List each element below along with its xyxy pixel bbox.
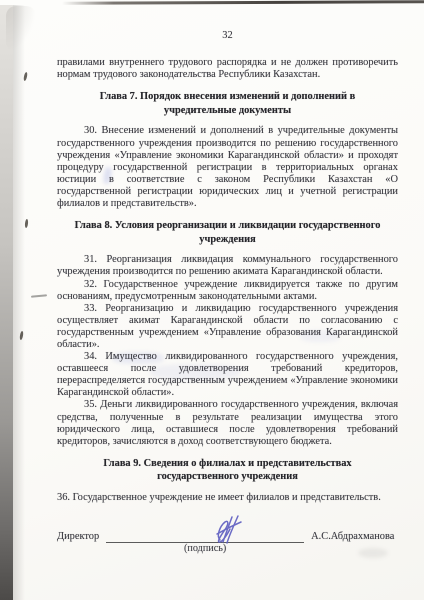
handwritten-signature-icon xyxy=(208,514,254,546)
paper-corner-shadow xyxy=(6,6,36,52)
scanned-document-page: 32 правилами внутреннего трудового распо… xyxy=(0,0,424,600)
paragraph-35: 35. Деньги ликвидированного государствен… xyxy=(57,399,398,447)
signature-block: Директор (подпись) А.С.Абдрахманова xyxy=(57,528,398,543)
paragraph-34: 34. Имущество ликвидированного государст… xyxy=(57,351,398,399)
binder-hole-mark xyxy=(25,219,29,228)
chapter-8-heading: Глава 8. Условия реорганизации и ликвида… xyxy=(72,219,383,246)
paper-left-edge-shadow xyxy=(0,5,13,600)
intro-paragraph: правилами внутреннего трудового распоряд… xyxy=(57,57,398,81)
signatory-name: А.С.Абдрахманова xyxy=(311,531,394,543)
signature-role-label: Директор xyxy=(57,531,99,543)
paragraph-30: 30. Внесение изменений и дополнений в уч… xyxy=(57,125,398,210)
page-number: 32 xyxy=(57,30,398,42)
scan-smudge xyxy=(358,548,388,558)
paragraph-36: 36. Государственное учреждение не имеет … xyxy=(57,492,398,504)
pen-dash-mark xyxy=(31,294,47,297)
chapter-9-heading: Глава 9. Сведения о филиалах и представи… xyxy=(72,457,383,484)
scan-top-edge xyxy=(62,0,424,5)
signature-line: (подпись) xyxy=(106,528,304,543)
signature-caption: (подпись) xyxy=(106,543,304,555)
chapter-7-heading: Глава 7. Порядок внесения изменений и до… xyxy=(72,90,383,117)
paragraph-33: 33. Реорганизацию и ликвидацию государст… xyxy=(57,303,398,351)
page-content: 32 правилами внутреннего трудового распо… xyxy=(57,30,398,543)
paragraph-31: 31. Реорганизация ликвидация коммунально… xyxy=(57,254,398,278)
binder-hole-mark xyxy=(23,72,28,81)
paragraph-32: 32. Государственное учреждение ликвидиру… xyxy=(57,279,398,303)
